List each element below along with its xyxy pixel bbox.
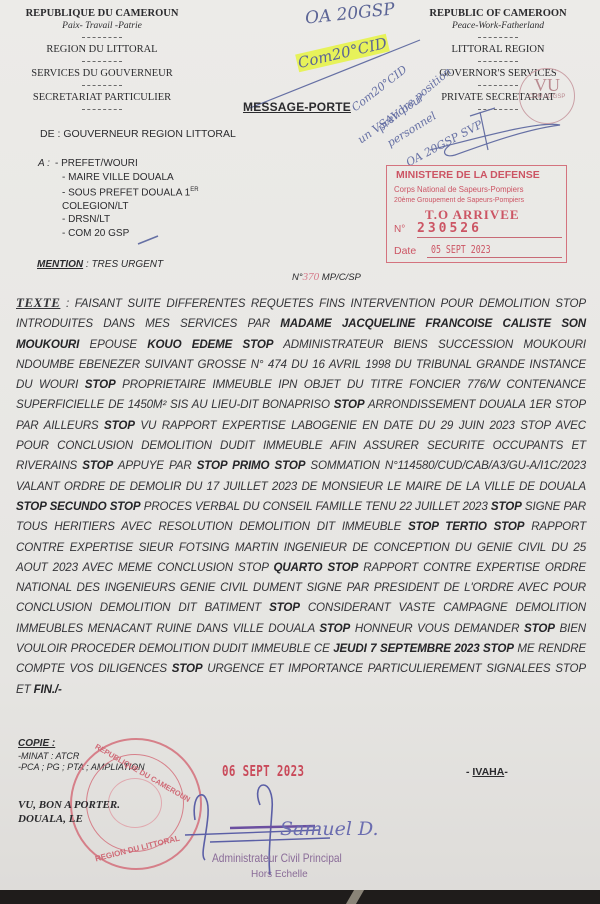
body-emphasis: STOP	[491, 500, 522, 513]
stamp-date: 05 SEPT 2023	[431, 243, 491, 256]
body-emphasis: STOP	[269, 601, 300, 614]
body-emphasis: STOP	[319, 622, 350, 635]
signer-subtitle: Hors Echelle	[251, 869, 308, 880]
vu-line-1: VU, BON A PORTER.	[18, 798, 120, 812]
vu-line-2: DOUALA, LE	[18, 812, 120, 826]
body-emphasis: STOP	[85, 378, 116, 391]
background-glint	[346, 890, 364, 904]
superscript: ER	[190, 187, 198, 193]
date-stamp: 06 SEPT 2023	[222, 762, 304, 780]
body-emphasis: JEUDI 7 SEPTEMBRE 2023	[333, 642, 479, 655]
body-emphasis: STOP PRIMO STOP	[197, 459, 306, 472]
defense-arrival-stamp: MINISTERE DE LA DEFENSE Corps National d…	[386, 165, 567, 263]
signer-title: Administrateur Civil Principal	[212, 851, 342, 865]
recipients-list: - PREFET/WOURI - MAIRE VILLE DOUALA - SO…	[55, 157, 199, 240]
body-emphasis: STOP TERTIO STOP	[408, 520, 524, 533]
stamp-number: 230526	[417, 221, 482, 236]
photo-background-edge	[0, 890, 600, 904]
vu-stamp-text: VU	[520, 76, 574, 94]
signer-name-text: IVAHA	[472, 766, 504, 778]
stamp-date-label: Date	[394, 245, 416, 257]
body-emphasis: QUARTO STOP	[273, 561, 358, 574]
body-text-run: PROCES VERBAL DU CONSEIL FAMILLE TENU 22…	[141, 500, 491, 513]
stamp-rule	[417, 237, 562, 238]
reference-prefix: N°	[292, 272, 303, 283]
stamp-groupement: 20ème Groupement de Sapeurs-Pompiers	[394, 195, 524, 204]
recipient-item: COLEGION/LT	[62, 200, 199, 214]
body-emphasis: STOP SECUNDO STOP	[16, 500, 141, 513]
document-title: MESSAGE-PORTE	[243, 100, 351, 114]
signer-suffix: -	[504, 766, 508, 778]
recipient-item: - PREFET/WOURI	[55, 157, 199, 171]
body-text-run: APPUYE PAR	[113, 459, 197, 472]
body-content: : FAISANT SUITE DIFFERENTES REQUETES FIN…	[16, 297, 586, 696]
body-emphasis: KOUO EDEME STOP	[147, 338, 273, 351]
stamp-corps: Corps National de Sapeurs-Pompiers	[394, 184, 524, 194]
mention-label: MENTION	[37, 259, 83, 270]
document-page: REPUBLIQUE DU CAMEROUN Paix- Travail -Pa…	[0, 0, 600, 892]
stamp-ministry: MINISTERE DE LA DEFENSE	[396, 169, 540, 181]
vu-stamp-subtext: COM 20 GSP	[520, 94, 574, 100]
recipient-item: - MAIRE VILLE DOUALA	[62, 171, 199, 185]
body-emphasis: STOP	[483, 642, 514, 655]
signer-name: - IVAHA-	[466, 766, 508, 778]
mention-value: : TRES URGENT	[83, 259, 163, 270]
body-emphasis: FIN./-	[34, 683, 62, 696]
vu-received-stamp: VU COM 20 GSP	[519, 68, 575, 124]
body-emphasis: STOP	[524, 622, 555, 635]
body-label: TEXTE	[16, 295, 60, 310]
urgency-mention: MENTION : TRES URGENT	[37, 259, 163, 270]
body-text-run: EPOUSE	[79, 338, 147, 351]
message-body: TEXTE : FAISANT SUITE DIFFERENTES REQUET…	[16, 293, 586, 700]
body-emphasis: STOP	[172, 662, 203, 675]
reference-number: N°370 MP/C/SP	[292, 271, 361, 283]
body-emphasis: STOP	[334, 398, 365, 411]
signature-handwritten: Samuel D.	[280, 818, 379, 840]
stamp-number-label: N°	[394, 224, 405, 235]
vu-bon-a-porter: VU, BON A PORTER. DOUALA, LE	[18, 798, 120, 826]
reference-suffix: MP/C/SP	[319, 272, 361, 283]
sender: DE : GOUVERNEUR REGION LITTORAL	[40, 128, 236, 140]
stamp-rule	[427, 257, 562, 258]
recipient-item: - DRSN/LT	[62, 213, 199, 227]
body-emphasis: STOP	[104, 419, 135, 432]
body-emphasis: STOP	[82, 459, 113, 472]
body-text-run: HONNEUR VOUS DEMANDER	[350, 622, 524, 635]
recipients-label: A :	[38, 158, 50, 169]
recipients-label-text: A :	[38, 158, 50, 169]
recipient-item: - COM 20 GSP	[62, 227, 199, 241]
recipient-text: - SOUS PREFET DOUALA 1	[62, 187, 190, 198]
recipient-item: - SOUS PREFET DOUALA 1ER	[62, 184, 199, 200]
reference-handwritten-number: 370	[303, 271, 320, 283]
